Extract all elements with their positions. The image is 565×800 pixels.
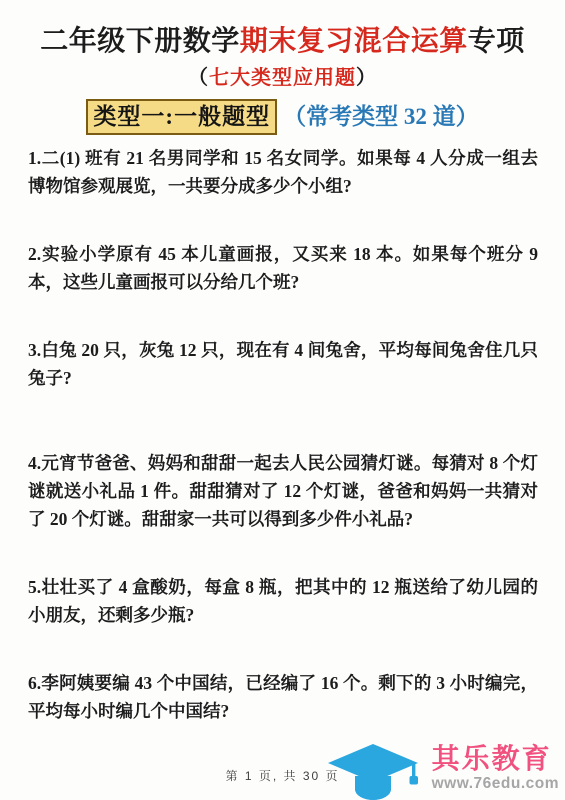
worksheet-page: 二年级下册数学期末复习混合运算专项 （七大类型应用题） 类型一:一般题型（常考类…	[0, 0, 565, 800]
title-black-right: 专项	[468, 26, 525, 57]
title-black-left: 二年级下册数学	[40, 26, 240, 57]
brand-url: www.76edu.com	[432, 775, 559, 793]
subtitle-paren-close: ）	[356, 67, 377, 89]
page-title: 二年级下册数学期末复习混合运算专项	[0, 0, 565, 59]
brand-name: 其乐教育	[432, 745, 552, 773]
question-list: 1.二(1) 班有 21 名男同学和 15 名女同学。如果每 4 人分成一组去博…	[0, 135, 565, 725]
page-subtitle: （七大类型应用题）	[0, 61, 565, 90]
question-5: 5.壮壮买了 4 盒酸奶，每盒 8 瓶，把其中的 12 瓶送给了幼儿园的小朋友，…	[28, 573, 538, 629]
graduation-cap-icon	[328, 740, 430, 800]
question-6: 6.李阿姨要编 43 个中国结，已经编了 16 个。剩下的 3 小时编完，平均每…	[28, 669, 538, 725]
title-red-middle: 期末复习混合运算	[240, 26, 468, 57]
question-4: 4.元宵节爸爸、妈妈和甜甜一起去人民公园猜灯谜。每猜对 8 个灯谜就送小礼品 1…	[28, 449, 538, 533]
question-3: 3.白兔 20 只，灰兔 12 只，现在有 4 间兔舍，平均每间兔舍住几只兔子?	[28, 336, 538, 392]
subtitle-paren-open: （	[188, 67, 209, 89]
brand-logo: 其乐教育 www.76edu.com	[328, 740, 559, 800]
brand-text: 其乐教育 www.76edu.com	[432, 745, 559, 800]
question-1: 1.二(1) 班有 21 名男同学和 15 名女同学。如果每 4 人分成一组去博…	[28, 144, 538, 200]
section-note: （常考类型 32 道）	[283, 104, 479, 129]
section-heading: 类型一:一般题型（常考类型 32 道）	[0, 99, 565, 135]
section-badge: 类型一:一般题型	[86, 99, 277, 135]
subtitle-text: 七大类型应用题	[209, 67, 356, 89]
question-2: 2.实验小学原有 45 本儿童画报，又买来 18 本。如果每个班分 9 本，这些…	[28, 240, 538, 296]
